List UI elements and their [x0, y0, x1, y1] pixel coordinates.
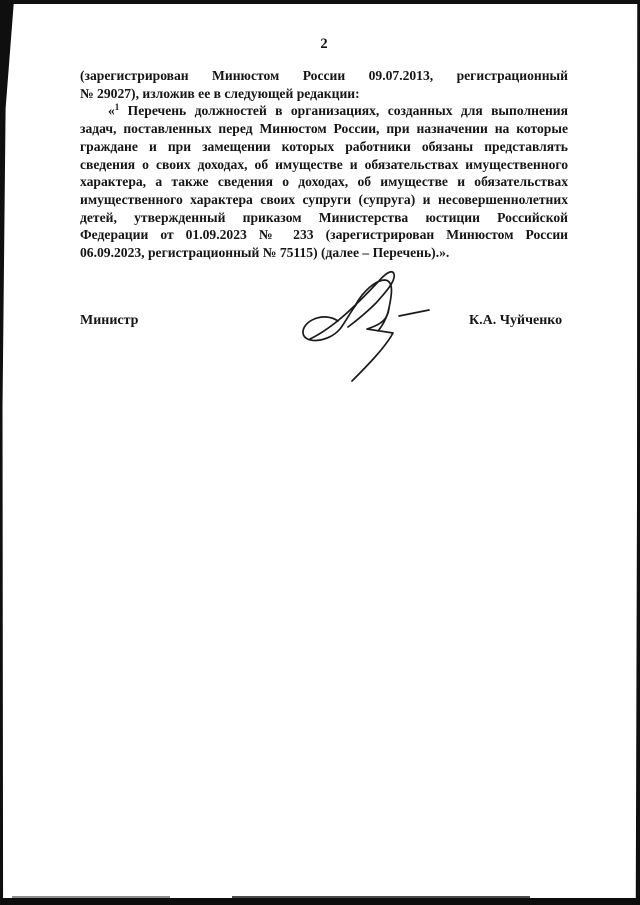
scan-border-bottom [0, 898, 640, 905]
text-line-fragment: Перечень должностей в организациях, созд… [119, 103, 568, 118]
signatory-name: К.А. Чуйченко [469, 313, 562, 329]
opening-quote-mark: « [108, 103, 115, 118]
signatory-title: Министр [80, 313, 138, 329]
scan-border-left [0, 0, 14, 905]
scan-border-top [0, 0, 640, 4]
text-line-quoted-start: «1 Перечень должностей в организациях, с… [80, 102, 568, 120]
scanned-document-page: 2 (зарегистрирован Минюстом России 09.07… [0, 0, 640, 905]
text-line: (зарегистрирован Минюстом России 09.07.2… [80, 67, 568, 85]
text-line: граждане и при замещении которых работни… [80, 138, 568, 156]
text-line: характера, а также сведения о доходах, о… [80, 173, 568, 191]
text-line: имущественного характера своих супруги (… [80, 191, 568, 209]
handwritten-signature-image [290, 263, 435, 391]
page-number: 2 [80, 36, 568, 53]
text-line: задач, поставленных перед Минюстом Росси… [80, 120, 568, 138]
text-line: 06.09.2023, регистрационный № 75115) (да… [80, 244, 568, 262]
text-line: сведения о своих доходах, об имуществе и… [80, 156, 568, 174]
text-line: детей, утвержденный приказом Министерств… [80, 209, 568, 227]
text-line: Федерации от 01.09.2023 № 233 (зарегистр… [80, 226, 568, 244]
text-line: № 29027), изложив ее в следующей редакци… [80, 85, 568, 103]
scan-border-right [635, 0, 640, 905]
body-text: (зарегистрирован Минюстом России 09.07.2… [80, 67, 568, 262]
